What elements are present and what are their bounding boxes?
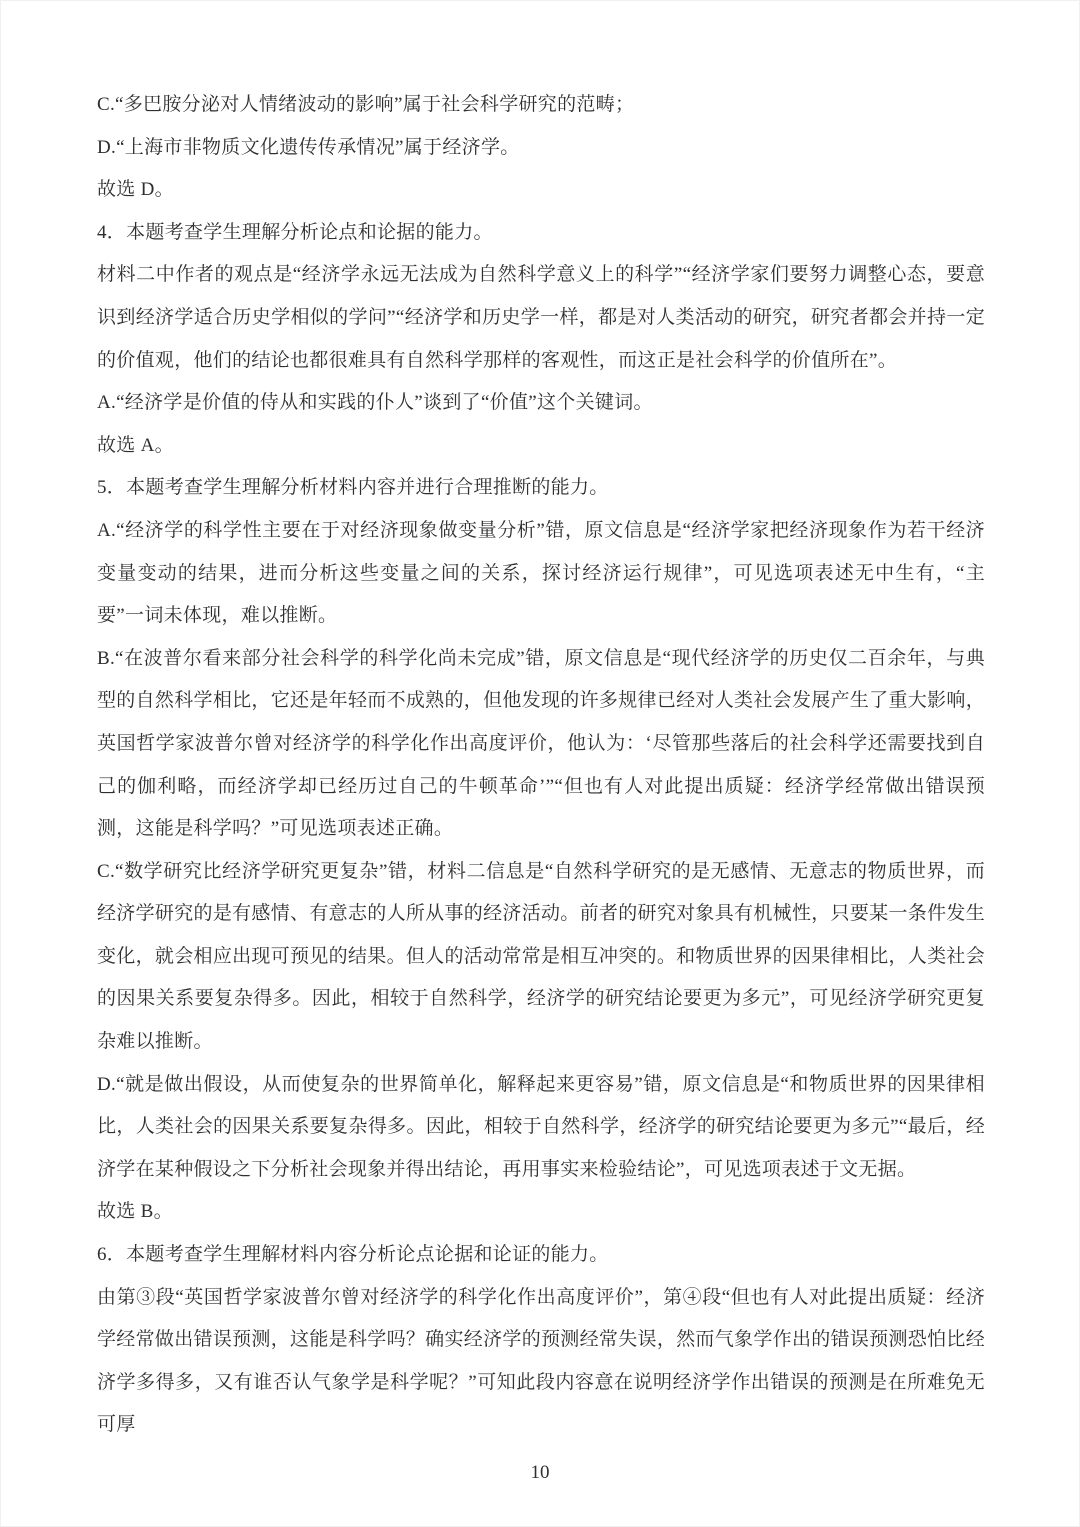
option-a-analysis-q4: A.“经济学是价值的侍从和实践的仆人”谈到了“价值”这个关键词。	[97, 382, 985, 425]
option-c-analysis-q3: C.“多巴胺分泌对人情绪波动的影响”属于社会科学研究的范畴；	[97, 84, 985, 127]
question-6-analysis: 由第③段“英国哲学家波普尔曾对经济学的科学化作出高度评价”，第④段“但也有人对此…	[97, 1277, 985, 1447]
option-b-analysis-q5: B.“在波普尔看来部分社会科学的科学化尚未完成”错，原文信息是“现代经济学的历史…	[97, 638, 985, 851]
answer-explanation-body: C.“多巴胺分泌对人情绪波动的影响”属于社会科学研究的范畴； D.“上海市非物质…	[97, 84, 985, 1447]
option-d-analysis-q5: D.“就是做出假设，从而使复杂的世界简单化，解释起来更容易”错，原文信息是“和物…	[97, 1064, 985, 1192]
option-d-analysis-q3: D.“上海市非物质文化遗传传承情况”属于经济学。	[97, 127, 985, 170]
question-5-heading: 5．本题考查学生理解分析材料内容并进行合理推断的能力。	[97, 467, 985, 510]
option-c-analysis-q5: C.“数学研究比经济学研究更复杂”错，材料二信息是“自然科学研究的是无感情、无意…	[97, 851, 985, 1064]
page-number: 10	[0, 1462, 1080, 1484]
answer-choice-a: 故选 A。	[97, 425, 985, 468]
question-4-heading: 4．本题考查学生理解分析论点和论据的能力。	[97, 212, 985, 255]
answer-choice-d: 故选 D。	[97, 169, 985, 212]
answer-choice-b: 故选 B。	[97, 1191, 985, 1234]
document-page: C.“多巴胺分泌对人情绪波动的影响”属于社会科学研究的范畴； D.“上海市非物质…	[0, 0, 1080, 1527]
option-a-analysis-q5: A.“经济学的科学性主要在于对经济现象做变量分析”错，原文信息是“经济学家把经济…	[97, 510, 985, 638]
question-6-heading: 6．本题考查学生理解材料内容分析论点论据和论证的能力。	[97, 1234, 985, 1277]
question-4-analysis: 材料二中作者的观点是“经济学永远无法成为自然科学意义上的科学”“经济学家们要努力…	[97, 254, 985, 382]
